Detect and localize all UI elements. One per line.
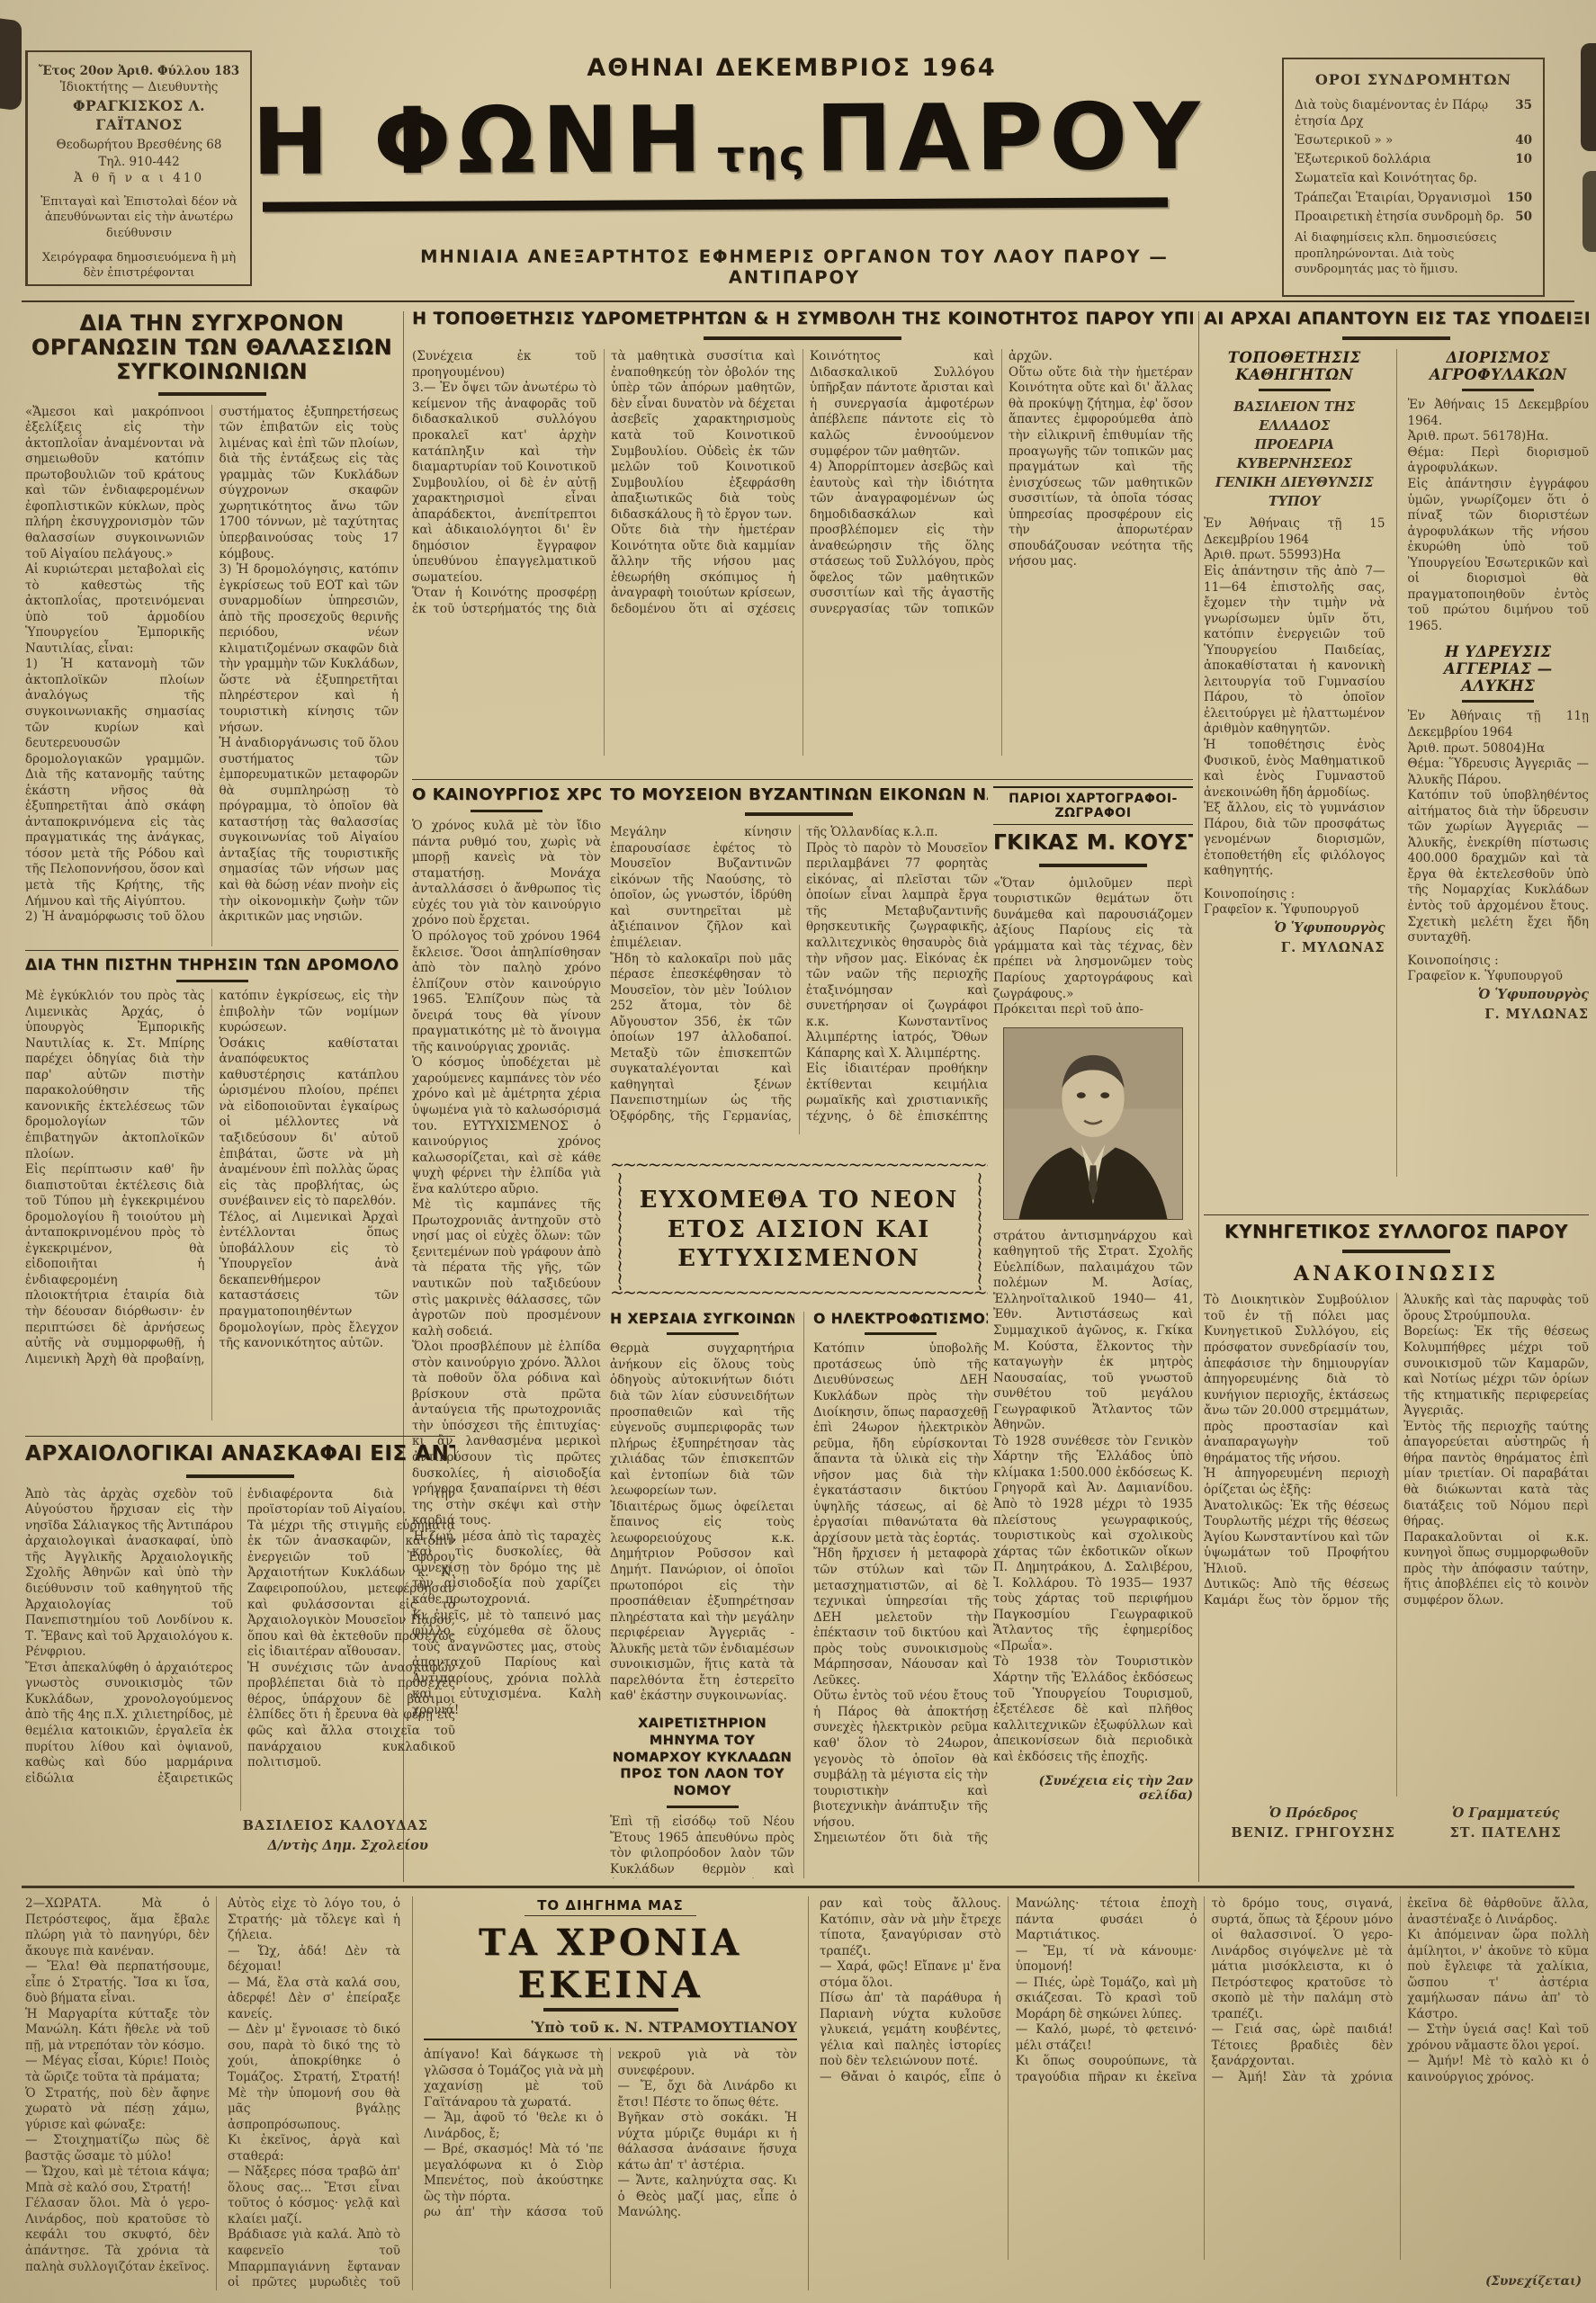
signature-name: Γ. ΜΥΛΩΝΑΣ	[1281, 940, 1385, 955]
story-column-1: 2—ΧΩΡΑΤΑ. Μὰ ὁ Πετρόστεφος, ἅμα ἔβαλε πλ…	[25, 1896, 210, 2290]
newspaper-page: Ἔτος 20ον Ἀριθ. Φύλλου 183 Ἰδιοκτήτης — …	[0, 0, 1596, 2303]
article-authorities-reply: ΑΙ ΑΡΧΑΙ ΑΠΑΝΤΟΥΝ ΕΙΣ ΤΑΣ ΥΠΟΔΕΙΞΕΙΣ ΜΑΣ…	[1204, 309, 1589, 1209]
headline-rule	[667, 1332, 739, 1335]
article-headline: ΓΚΙΚΑΣ Μ. ΚΟΥΣΤΑΣ	[993, 832, 1193, 856]
signature-block: Ὁ Πρόεδρος ΒΕΝΙΖ. ΓΡΗΓΟΥΣΗΣ	[1231, 1804, 1394, 1843]
subscription-box-title: ΟΡΟΙ ΣΥΝΔΡΟΜΗΤΩΝ	[1295, 70, 1532, 90]
story-title-block: ΤΟ ΔΙΗΓΗΜΑ ΜΑΣ ΤΑ ΧΡΟΝΙΑ ΕΚΕΙΝΑ Ὑπὸ τοῦ …	[412, 1896, 797, 2290]
owner-role: Ἰδιοκτήτης — Διευθυντὴς	[35, 79, 243, 95]
article-body: Ὁ χρόνος κυλᾶ μὲ τὸν ἴδιο πάντα ρυθμό το…	[412, 819, 601, 1844]
article-body: «Ἄμεσοι καὶ μακρόπνοοι ἐξελίξεις εἰς τὴν…	[25, 405, 399, 946]
office-phone: Τηλ. 910-442	[35, 154, 243, 170]
subscription-terms-box: ΟΡΟΙ ΣΥΝΔΡΟΜΗΤΩΝ Διὰ τοὺς διαμένοντας ἐν…	[1282, 58, 1545, 297]
article-water-meters: Η ΤΟΠΟΘΕΤΗΣΙΣ ΥΔΡΟΜΕΤΡΗΤΩΝ & Η ΣΥΜΒΟΛΗ Τ…	[412, 309, 1193, 775]
signature-row: Ὁ Πρόεδρος ΒΕΝΙΖ. ΓΡΗΓΟΥΣΗΣ Ὁ Γραμματεύς…	[1204, 1804, 1589, 1843]
story-byline: Ὑπὸ τοῦ κ. Ν. ΝΤΡΑΜΟΥΤΙΑΝΟΥ	[424, 2019, 797, 2040]
greeting-heading: ΧΑΙΡΕΤΙΣΤΗΡΙΟΝ ΜΗΝΥΜΑ ΤΟΥ ΝΟΜΑΡΧΟΥ ΚΥΚΛΑ…	[610, 1716, 794, 1800]
headline-rule	[1462, 389, 1534, 391]
article-cartographer-koustas: ΠΑΡΙΟΙ ΧΑΡΤΟΓΡΑΦΟΙ-ΖΩΓΡΑΦΟΙ ΓΚΙΚΑΣ Μ. ΚΟ…	[993, 786, 1193, 1878]
advertising-note: Αἱ διαφημίσεις κλπ. δημοσιεύσεις προπληρ…	[1295, 230, 1532, 278]
headline-rule	[176, 980, 248, 982]
signature-block: Ὁ Γραμματεύς ΣΤ. ΠΑΤΕΛΗΣ	[1449, 1804, 1561, 1843]
signature-block: ΒΑΣΙΛΕΙΟΣ ΚΑΛΟΥΔΑΣ Δ/ντὴς Δημ. Σχολείου	[25, 1816, 455, 1856]
article-body: (Συνέχεια ἐκ τοῦ προηγουμένου) 3.— Ἐν ὄψ…	[412, 349, 1193, 756]
article-headline: Ο ΚΑΙΝΟΥΡΓΙΟΣ ΧΡΟΝΟΣ	[412, 786, 601, 804]
story-band-rule	[22, 1886, 1574, 1888]
title-part-2: της	[717, 130, 807, 182]
section-rule	[1204, 1214, 1589, 1215]
article-land-transport: Η ΧΕΡΣΑΙΑ ΣΥΓΚΟΙΝΩΝΙΑ Θερμὰ συγχαρητήρια…	[610, 1312, 794, 1878]
wavy-border-bottom: ~~~~~~~~~~~~~~~~~~~~~~~~~~~~~~~~~~~~~~~~…	[610, 1286, 988, 1301]
notification-note: Κοινοποίησις : Γραφεῖον κ. Ὑφυπουργοῦ	[1204, 887, 1385, 919]
publisher-info-box: Ἔτος 20ον Ἀριθ. Φύλλου 183 Ἰδιοκτήτης — …	[25, 50, 252, 286]
greeting-body: Ἐπὶ τῇ εἰσόδῳ τοῦ Νέου Ἔτους 1965 ἀπευθύ…	[610, 1815, 794, 1878]
headline-rule	[1039, 864, 1147, 867]
headline-rule	[1259, 389, 1331, 391]
official-letterhead: ΒΑΣΙΛΕΙΟΝ ΤΗΣ ΕΛΛΑΔΟΣ ΠΡΟΕΔΡΙΑ ΚΥΒΕΡΝΗΣΕ…	[1204, 398, 1385, 511]
signature-role: Ὁ Γραμματεύς	[1452, 1806, 1560, 1821]
sub-headline: ΔΙΟΡΙΣΜΟΣ ΑΓΡΟΦΥΛΑΚΩΝ	[1408, 349, 1590, 383]
story-kicker: ΤΟ ΔΙΗΓΗΜΑ ΜΑΣ	[525, 1897, 696, 1916]
reply-column-teachers: ΤΟΠΟΘΕΤΗΣΙΣ ΚΑΘΗΓΗΤΩΝ ΒΑΣΙΛΕΙΟΝ ΤΗΣ ΕΛΛΑ…	[1204, 349, 1385, 1177]
story-columns-right: ραν καὶ τοὺς ἄλλους. Κατόπιν, σὰν νὰ μὴν…	[808, 1896, 1589, 2290]
wavy-border-right: ~~~~~~~~~~~~~~	[972, 1171, 986, 1290]
story-title: ΤΑ ΧΡΟΝΙΑ ΕΚΕΙΝΑ	[424, 1922, 797, 2006]
title-part-3: ΠΑΡΟΥ	[815, 84, 1206, 193]
notification-note: Κοινοποίησις : Γραφεῖον κ. Ὑφυπουργοῦ	[1408, 954, 1590, 985]
section-rule	[412, 779, 1193, 780]
scan-smudge-right-2	[1583, 171, 1596, 252]
subscription-row: Σωματεῖα καὶ Κοινότητας δρ.	[1295, 170, 1532, 186]
signature-block: Ὁ Ὑφυπουργὸς Γ. ΜΥΛΩΝΑΣ	[1204, 919, 1385, 958]
story-kicker-wrap: ΤΟ ΔΙΗΓΗΜΑ ΜΑΣ	[424, 1896, 797, 1916]
signature-role: Ὁ Ὑφυπουργὸς	[1478, 987, 1589, 1002]
signature-role: Δ/ντὴς Δημ. Σχολείου	[268, 1838, 428, 1853]
correspondence-note: Ἐπιταγαὶ καὶ Ἐπιστολαὶ δέον νὰ ἀπευθύνων…	[35, 194, 243, 242]
signature-name: ΒΑΣΙΛΕΙΟΣ ΚΑΛΟΥΔΑΣ	[243, 1818, 428, 1833]
office-city: Ἀ θ ῆ ν α ι 410	[35, 170, 243, 186]
article-headline: Η ΤΟΠΟΘΕΤΗΣΙΣ ΥΔΡΟΜΕΤΡΗΤΩΝ & Η ΣΥΜΒΟΛΗ Τ…	[412, 309, 1193, 328]
article-headline: ΑΙ ΑΡΧΑΙ ΑΠΑΝΤΟΥΝ ΕΙΣ ΤΑΣ ΥΠΟΔΕΙΞΕΙΣ ΜΑΣ	[1204, 309, 1589, 328]
wavy-border-left: ~~~~~~~~~~~~~~	[612, 1171, 626, 1290]
title-part-1: Η ΦΩΝΗ	[252, 86, 709, 196]
continuation-note: (Συνέχεια εἰς τὴν 2αν σελίδα)	[993, 1774, 1193, 1803]
masthead-rule	[22, 300, 1574, 302]
article-body: Μὲ ἐγκύκλιόν του πρὸς τὰς Λιμενικὰς Ἀρχά…	[25, 989, 399, 1420]
story-text: Αὐτὸς εἶχε τὸ λόγο του, ὁ Στρατής· μὰ τὄ…	[228, 1896, 400, 2290]
subscription-row: Διὰ τοὺς διαμένοντας ἐν Πάρῳ ἐτησία Δρχ3…	[1295, 97, 1532, 130]
article-intro: «Ὅταν ὁμιλοῦμεν περὶ τουριστικῶν θεμάτων…	[993, 876, 1193, 1018]
article-sea-transport: ΔΙΑ ΤΗΝ ΣΥΓΧΡΟΝΟΝ ΟΡΓΑΝΩΣΙΝ ΤΩΝ ΘΑΛΑΣΣΙΩ…	[25, 311, 399, 946]
article-body: Θερμὰ συγχαρητήρια ἀνήκουν εἰς ὅλους τοὺ…	[610, 1341, 794, 1705]
article-headline: ΔΙΑ ΤΗΝ ΣΥΓΧΡΟΝΟΝ ΟΡΓΑΝΩΣΙΝ ΤΩΝ ΘΑΛΑΣΣΙΩ…	[25, 311, 399, 384]
reply-column-fieldguards: ΔΙΟΡΙΣΜΟΣ ΑΓΡΟΦΥΛΑΚΩΝ Ἐν Ἀθήναις 15 Δεκε…	[1396, 349, 1590, 1177]
story-column-2: Αὐτὸς εἶχε τὸ λόγο του, ὁ Στρατής· μὰ τὄ…	[216, 1896, 400, 2290]
headline-rule	[704, 336, 901, 340]
sub-headline: Ο ΗΛΕΚΤΡΟΦΩΤΙΣΜΟΣ	[813, 1312, 988, 1327]
headline-rule	[1342, 1250, 1450, 1253]
article-hunting-club: ΚΥΝΗΓΕΤΙΚΟΣ ΣΥΛΛΟΓΟΣ ΠΑΡΟΥ ΑΝΑΚΟΙΝΩΣΙΣ Τ…	[1204, 1222, 1589, 1880]
article-body: Τὸ Διοικητικὸν Συμβούλιον τοῦ ἐν τῇ πόλε…	[1204, 1293, 1589, 1797]
scan-smudge-right-1	[1581, 43, 1596, 151]
article-schedules: ΔΙΑ ΤΗΝ ΠΙΣΤΗΝ ΤΗΡΗΣΙΝ ΤΩΝ ΔΡΟΜΟΛΟΓΙΩΝ Α…	[25, 957, 399, 1432]
column-divider	[1198, 311, 1199, 1882]
article-electrification: Ο ΗΛΕΚΤΡΟΦΩΤΙΣΜΟΣ Κατόπιν ὑποβολῆς προτά…	[803, 1312, 988, 1878]
signature-block: Ὁ Ὑφυπουργὸς Γ. ΜΥΛΩΝΑΣ	[1408, 985, 1590, 1025]
subscription-row: Ἐσωτερικοῦ » »40	[1295, 132, 1532, 148]
article-headline: ΑΡΧΑΙΟΛΟΓΙΚΑΙ ΑΝΑΣΚΑΦΑΙ ΕΙΣ ΑΝΤΙΠΑΡΟΝ	[25, 1443, 455, 1466]
story-text: 2—ΧΩΡΑΤΑ. Μὰ ὁ Πετρόστεφος, ἅμα ἔβαλε πλ…	[25, 1896, 210, 2290]
article-headline: ΤΟ ΜΟΥΣΕΙΟΝ ΒΥΖΑΝΤΙΝΩΝ ΕΙΚΟΝΩΝ ΝΑΟΥΣΗΣ	[610, 786, 988, 804]
article-body: Ἀπὸ τὰς ἀρχὰς σχεδὸν τοῦ Αὐγούστου ἤρχισ…	[25, 1487, 455, 1811]
section-rule	[25, 950, 399, 951]
signature-role: Ὁ Ὑφυπουργὸς	[1274, 920, 1385, 936]
office-address: Θεοδωρήτου Βρεσθένης 68	[35, 137, 243, 153]
article-excavations: ΑΡΧΑΙΟΛΟΓΙΚΑΙ ΑΝΑΣΚΑΦΑΙ ΕΙΣ ΑΝΤΙΠΑΡΟΝ Ἀπ…	[25, 1443, 455, 1880]
new-year-wish-text: ΕΥΧΟΜΕΘΑ ΤΟ ΝΕΟΝ ΕΤΟΣ ΑΙΣΙΟΝ ΚΑΙ ΕΥΤΥΧΙΣ…	[610, 1173, 988, 1274]
title-underline-bar	[263, 197, 1168, 211]
signature-name: ΣΤ. ΠΑΤΕΛΗΣ	[1449, 1825, 1561, 1841]
article-headline: ΚΥΝΗΓΕΤΙΚΟΣ ΣΥΛΛΟΓΟΣ ΠΑΡΟΥ	[1204, 1222, 1589, 1241]
sub-headline: Η ΧΕΡΣΑΙΑ ΣΥΓΚΟΙΝΩΝΙΑ	[610, 1312, 794, 1327]
subscription-row: Ἐξωτερικοῦ δολλάρια10	[1295, 151, 1532, 167]
headline-rule	[1342, 336, 1450, 340]
headline-rule	[186, 1474, 294, 1478]
subscription-row: Προαιρετικὴ ἐτησία συνδρομὴ δρ.50	[1295, 209, 1532, 225]
sub-headline: ΤΟΠΟΘΕΤΗΣΙΣ ΚΑΘΗΓΗΤΩΝ	[1204, 349, 1385, 383]
headline-rule	[471, 810, 542, 812]
subscription-row: Τράπεζαι Ἑταιρίαι, Ὀργανισμοὶ150	[1295, 190, 1532, 206]
new-year-wish-box: ~~~~~~~~~~~~~~~~~~~~~~~~~~~~~~~~~~~~~~~~…	[610, 1159, 988, 1303]
letter-body: Ἐν Ἀθήναις τῇ 15 Δεκεμβρίου 1964 Ἀριθ. π…	[1204, 516, 1385, 880]
headline-rule	[1462, 700, 1534, 703]
article-byzantine-museum: ΤΟ ΜΟΥΣΕΙΟΝ ΒΥΖΑΝΤΙΝΩΝ ΕΙΚΟΝΩΝ ΝΑΟΥΣΗΣ Μ…	[610, 786, 988, 1153]
story-title-rule	[543, 2008, 678, 2012]
headline-rule	[865, 1332, 937, 1335]
headline-rule	[667, 1806, 739, 1808]
issue-number: Ἔτος 20ον Ἀριθ. Φύλλου 183	[35, 63, 243, 79]
article-headline: ΔΙΑ ΤΗΝ ΠΙΣΤΗΝ ΤΗΡΗΣΙΝ ΤΩΝ ΔΡΟΜΟΛΟΓΙΩΝ Α…	[25, 957, 399, 974]
koustas-portrait-photo	[1003, 1027, 1183, 1220]
headline-rule	[745, 812, 853, 816]
to-be-continued-note: (Συνεχίζεται)	[1485, 2274, 1582, 2289]
letter-body: Ἐν Ἀθήναις 15 Δεκεμβρίου 1964. Ἀριθ. πρω…	[1408, 398, 1590, 634]
owner-name: ΦΡΑΓΚΙΣΚΟΣ Λ. ΓΑΪΤΑΝΟΣ	[35, 97, 243, 135]
story-text: ραν καὶ τοὺς ἄλλους. Κατόπιν, σὰν νὰ μὴν…	[820, 1896, 1589, 2260]
signature-name: ΒΕΝΙΖ. ΓΡΗΓΟΥΣΗΣ	[1231, 1825, 1394, 1841]
newspaper-title: Η ΦΩΝΗτηςΠΑΡΟΥ	[252, 84, 1203, 196]
article-kicker: ΠΑΡΙΟΙ ΧΑΡΤΟΓΡΑΦΟΙ-ΖΩΓΡΑΦΟΙ	[993, 786, 1193, 825]
headline-rule	[158, 392, 266, 396]
dateline: ΑΘΗΝΑΙ ΔΕΚΕΜΒΡΙΟΣ 1964	[387, 54, 1197, 82]
signature-name: Γ. ΜΥΛΩΝΑΣ	[1484, 1007, 1589, 1022]
wavy-border-top: ~~~~~~~~~~~~~~~~~~~~~~~~~~~~~~~~~~~~~~~~…	[610, 1159, 988, 1173]
newspaper-subtitle: ΜΗΝΙΑΙΑ ΑΝΕΞΑΡΤΗΤΟΣ ΕΦΗΜΕΡΙΣ ΟΡΓΑΝΟΝ ΤΟΥ…	[387, 246, 1202, 288]
scan-smudge-top-left	[0, 19, 22, 112]
sub-headline: Η ΥΔΡΕΥΣΙΣ ΑΓΓΕΡΙΑΣ — ΑΛΥΚΗΣ	[1408, 643, 1590, 694]
story-text: ἀπίγανο! Καὶ δάγκωσε τὴ γλῶσσα ὁ Τομάζος…	[424, 2048, 797, 2289]
signature-role: Ὁ Πρόεδρος	[1269, 1806, 1357, 1821]
article-body: Μεγάλην κίνησιν ἐπαρουσίασε ἐφέτος τὸ Μο…	[610, 825, 988, 1134]
sub-headline: ΑΝΑΚΟΙΝΩΣΙΣ	[1204, 1262, 1589, 1286]
letter-body: Ἐν Ἀθήναις τῇ 11ῃ Δεκεμβρίου 1964 Ἀριθ. …	[1408, 709, 1590, 945]
manuscripts-note: Χειρόγραφα δημοσιευόμενα ἢ μὴ δὲν ἐπιστρ…	[35, 250, 243, 282]
article-body: στράτου ἀντισμηνάρχου καὶ καθηγητοῦ τῆς …	[993, 1229, 1193, 1769]
article-body: Κατόπιν ὑποβολῆς προτάσεως ὑπὸ τῆς Διευθ…	[813, 1341, 988, 1845]
article-new-year: Ο ΚΑΙΝΟΥΡΓΙΟΣ ΧΡΟΝΟΣ Ὁ χρόνος κυλᾶ μὲ τὸ…	[412, 786, 601, 1878]
section-rule	[25, 1436, 455, 1437]
